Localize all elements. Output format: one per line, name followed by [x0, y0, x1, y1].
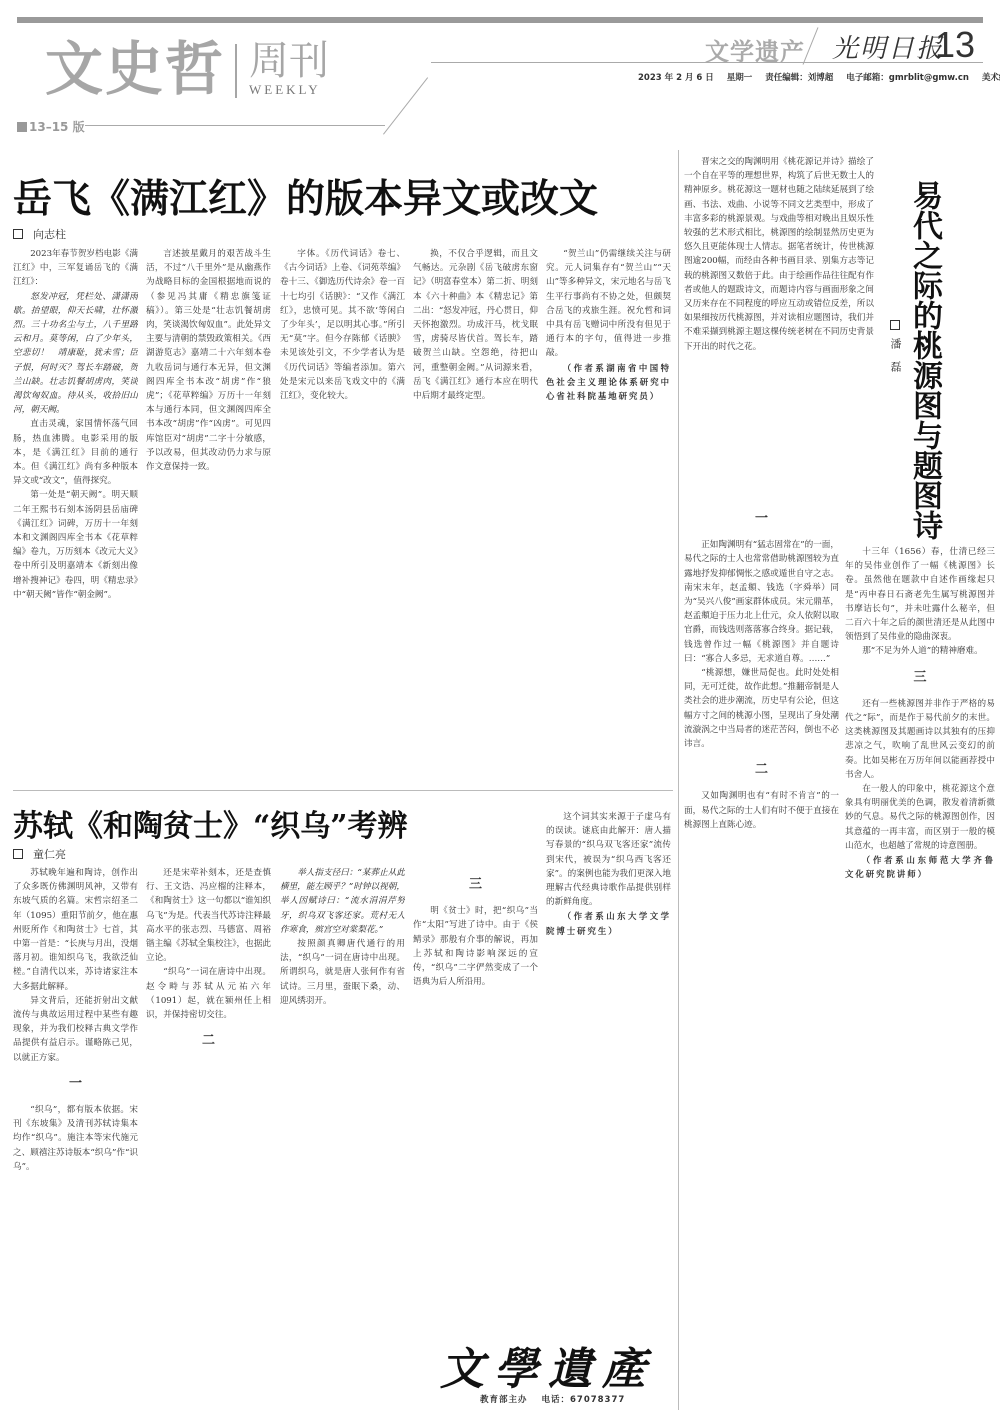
square-bullet-icon: [17, 122, 27, 132]
article2-column-5: 这个词其实来源于子虚乌有的误读。谜底由此解开：唐人描写春景的“织乌双飞客还家”流…: [546, 810, 671, 1330]
footer-info: 教育部主办 电话：67078377: [480, 1393, 635, 1405]
supplement-subtitle-en: WEEKLY: [249, 82, 329, 98]
section-marker-three: 三: [845, 671, 995, 685]
section-marker-two: 二: [146, 1034, 271, 1048]
supplement-masthead: 文史哲 周刊 WEEKLY: [45, 34, 329, 104]
article1-column-5: “贺兰山”仍需继续关注与研究。元人词集存有“贺兰山”“天山”等多种异文，宋元地名…: [546, 247, 671, 767]
section-marker-three: 三: [413, 878, 538, 892]
article2-title: 苏轼《和陶贫士》“织乌”考辨: [13, 801, 408, 845]
phone-text: 电话：67078377: [541, 1395, 625, 1405]
article3-byline: 潘磊: [887, 320, 903, 384]
masthead-divider: [235, 44, 237, 98]
section-marker-one: 一: [13, 1077, 138, 1091]
section-name: 文学遗产: [705, 32, 805, 67]
article3-author-note: （作者系山东师范大学齐鲁文化研究院讲师）: [845, 853, 995, 881]
section-marker-two: 二: [684, 763, 839, 777]
literary-heritage-logo: 文學遺產: [440, 1333, 656, 1397]
article2-column-2: 还是宋荦补刻本，还是查慎行、王文诰、冯应榴的注释本，《和陶贫士》这一句都以“谁知…: [146, 866, 271, 1326]
byline-box-icon: [13, 229, 23, 239]
article-divider: [13, 790, 673, 791]
issue-meta: 2023 年 2 月 6 日 星期一 责任编辑：刘博超 电子邮箱：gmrblit…: [638, 71, 1000, 83]
masthead-rule: [85, 125, 385, 126]
article1-column-4: 换，不仅合乎逻辑，而且文气畅达。元杂剧《岳飞破虏东窗记》（明富春堂本）第二折、明…: [413, 247, 538, 787]
sponsor-text: 教育部主办: [480, 1395, 528, 1405]
article1-column-3: 字体。《历代词话》卷七、《古今词话》上卷、《词苑萃编》卷十三、《御选历代诗余》卷…: [280, 247, 405, 787]
supplement-subtitle: 周刊: [249, 40, 329, 82]
article2-column-1: 苏轼晚年遍和陶诗，创作出了众多既仿佛渊明风神，又带有东坡气质的名篇。宋哲宗绍圣二…: [13, 866, 138, 1326]
article3-column-intro: 晋宋之交的陶渊明用《桃花源记并诗》描绘了一个自在平等的理想世界，构筑了后世无数士…: [684, 155, 874, 495]
article1-column-1: 2023年春节贺岁档电影《满江红》中，三军复诵岳飞的《满江红》： 怒发冲冠，凭栏…: [13, 247, 138, 787]
masthead-top-bar: [17, 17, 983, 23]
issue-date: 2023 年 2 月 6 日: [638, 73, 714, 83]
issue-editor: 责任编辑：刘博超: [765, 73, 833, 83]
newspaper-name: 光明日报: [832, 28, 944, 65]
issue-email: 电子邮箱：gmrblit@gmw.cn: [846, 73, 969, 83]
article3-title: 易代之际的桃源图与题图诗: [905, 180, 941, 540]
article1-column-2: 言述披星戴月的艰苦战斗生活，不过“八千里外”是从幽燕作为战略目标的金国根据地而说…: [146, 247, 271, 787]
issue-art-editor: 美术编辑：杨震: [982, 73, 1000, 83]
issue-weekday: 星期一: [727, 73, 753, 83]
byline-box-icon: [13, 849, 23, 859]
article1-title: 岳飞《满江红》的版本异文或改文: [13, 168, 598, 224]
page-number: 13: [935, 24, 975, 66]
masthead-slant-rule: [383, 77, 428, 134]
article2-byline: 童仁亮: [13, 846, 66, 862]
page-range: 13–15 版: [17, 118, 85, 135]
supplement-title: 文史哲: [45, 34, 225, 104]
article1-author-note: （作者系湖南省中国特色社会主义理论体系研究中心省社科院基地研究员）: [546, 361, 671, 404]
article3-column-right: 十三年（1656）春，仕清已经三年的吴伟业创作了一幅《桃源图》长卷。虽然他在题款…: [845, 545, 995, 1385]
column-divider: [678, 150, 679, 1410]
article2-column-3: 举人指支径曰：“某葬止从此横里，能左顾乎？”时钟以视朝，举人因赋诗曰：“流水涓涓…: [280, 866, 405, 1326]
article3-column-left: 一 正如陶渊明有“猛志固常在”的一面，易代之际的士人也常常借助桃源图较为直露地抒…: [684, 500, 839, 1330]
article2-author-note: （作者系山东大学文学院博士研究生）: [546, 909, 671, 937]
section-marker-one: 一: [684, 512, 839, 526]
article2-column-4: 三 明《贫士》时，把“织乌”当作“太阳”写进了诗中。由于《侯鲭录》那般有介事的解…: [413, 866, 538, 1326]
article1-byline: 向志柱: [13, 226, 66, 242]
byline-box-icon: [890, 320, 900, 330]
